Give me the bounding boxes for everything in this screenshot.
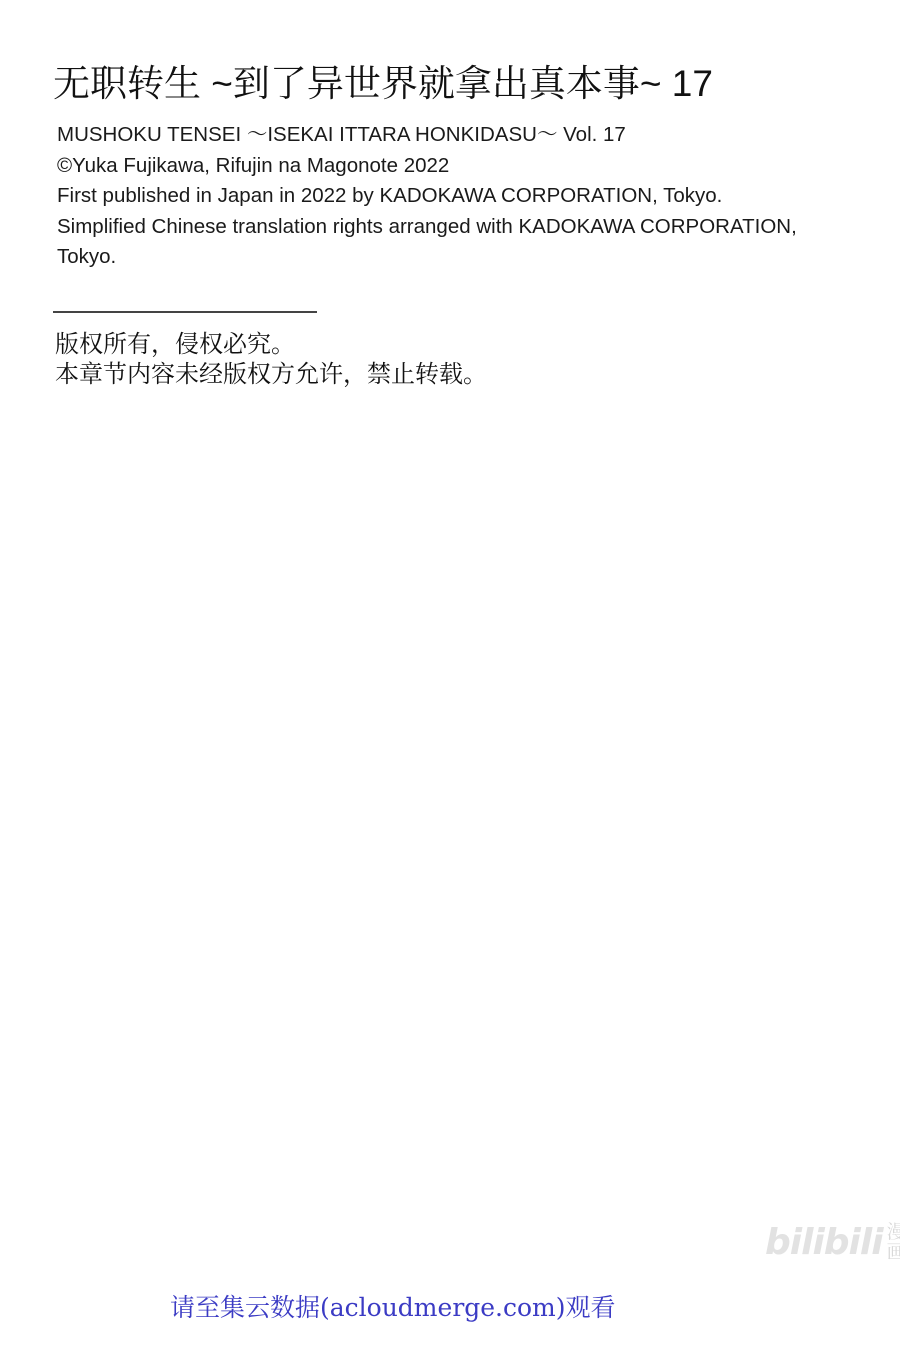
copyright-credits: MUSHOKU TENSEI ～ISEKAI ITTARA HONKIDASU～… [57, 120, 797, 273]
credit-line-authors: ©Yuka Fujikawa, Rifujin na Magonote 2022 [57, 151, 797, 182]
manhua-char-2: 画 [887, 1243, 900, 1263]
bilibili-logo-icon: bilibili [765, 1222, 883, 1263]
book-title: 无职转生 ~到了异世界就拿出真本事~ 17 [53, 62, 713, 106]
credit-line-series: MUSHOKU TENSEI ～ISEKAI ITTARA HONKIDASU～… [57, 120, 797, 151]
manhua-label: 漫 画 [887, 1223, 900, 1263]
notice-line-no-reprint: 本章节内容未经版权方允许，禁止转载。 [55, 360, 487, 390]
copyright-notice: 版权所有，侵权必究。 本章节内容未经版权方允许，禁止转载。 [55, 330, 487, 390]
credit-line-publisher: First published in Japan in 2022 by KADO… [57, 181, 797, 212]
credit-line-rights-cont: Tokyo. [57, 242, 797, 273]
divider [53, 311, 317, 313]
bilibili-manhua-logo: bilibili 漫 画 [765, 1222, 900, 1263]
manhua-char-1: 漫 [887, 1223, 900, 1243]
source-watermark-link[interactable]: 请至集云数据(acloudmerge.com)观看 [170, 1292, 616, 1324]
notice-line-rights-reserved: 版权所有，侵权必究。 [55, 330, 487, 360]
credit-line-rights: Simplified Chinese translation rights ar… [57, 212, 797, 243]
